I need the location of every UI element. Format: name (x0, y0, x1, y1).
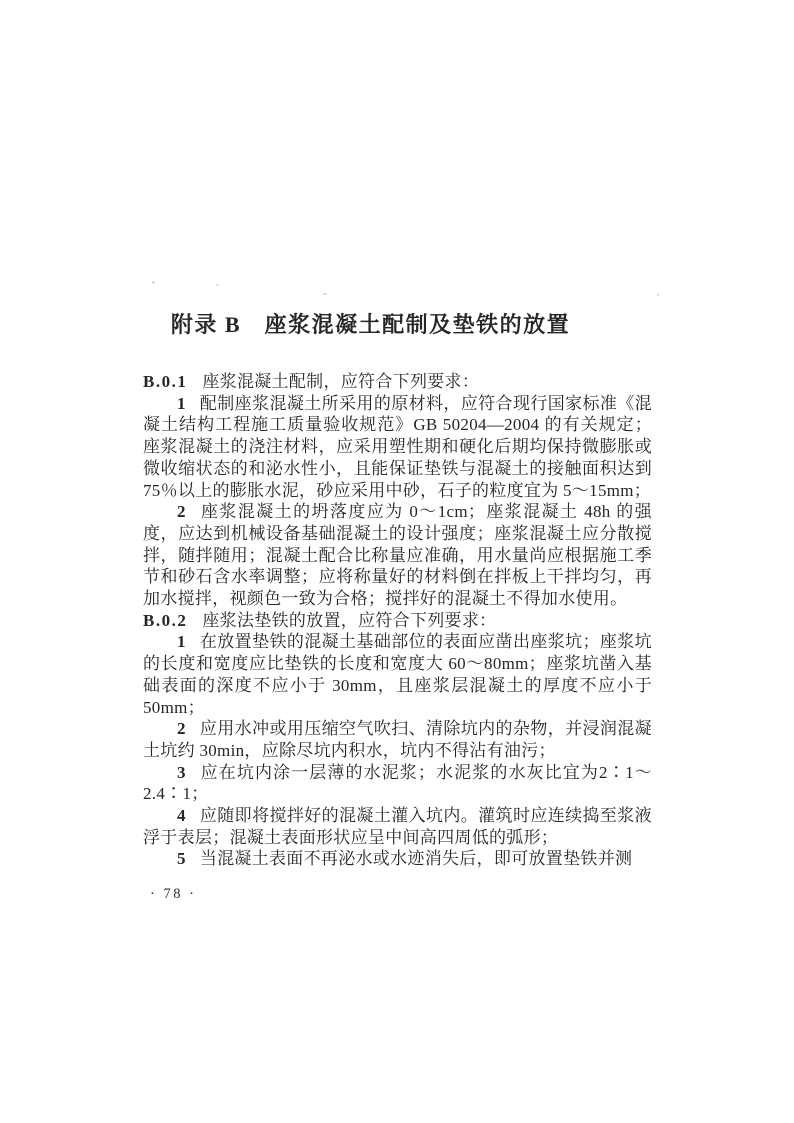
item-text: 应在坑内涂一层薄的水泥浆；水泥浆的水灰比宜为2∶1～2.4∶1； (143, 763, 652, 804)
clause-b-0-2-item-4: 4应随即将搅拌好的混凝土灌入坑内。灌筑时应连续捣至浆液浮于表层；混凝土表面形状应… (143, 805, 652, 848)
item-number: 2 (177, 502, 186, 521)
clause-b-0-1: B.0.1座浆混凝土配制，应符合下列要求： (143, 371, 652, 393)
clause-b-0-2-label: B.0.2 (143, 611, 187, 630)
item-number: 2 (177, 719, 186, 738)
scan-speck (152, 281, 155, 284)
clause-b-0-2-item-2: 2应用水冲或用压缩空气吹扫、清除坑内的杂物，并浸润混凝土坑约 30min，应除尽… (143, 718, 652, 761)
scan-speck (657, 293, 659, 296)
page-number: · 78 · (150, 886, 196, 903)
clause-b-0-2-item-3: 3应在坑内涂一层薄的水泥浆；水泥浆的水灰比宜为2∶1～2.4∶1； (143, 762, 652, 805)
item-number: 4 (177, 806, 186, 825)
clause-b-0-2-heading: 座浆法垫铁的放置，应符合下列要求： (202, 611, 496, 630)
item-number: 1 (177, 632, 186, 651)
item-number: 1 (177, 394, 186, 413)
item-text: 在放置垫铁的混凝土基础部位的表面应凿出座浆坑；座浆坑的长度和宽度应比垫铁的长度和… (143, 632, 652, 716)
clause-b-0-1-item-2: 2座浆混凝土的坍落度应为 0～1cm；座浆混凝土 48h 的强度，应达到机械设备… (143, 501, 652, 610)
clause-b-0-1-item-1: 1配制座浆混凝土所采用的原材料，应符合现行国家标准《混凝土结构工程施工质量验收规… (143, 393, 652, 502)
item-number: 5 (177, 849, 186, 868)
clause-b-0-2-item-5: 5当混凝土表面不再泌水或水迹消失后，即可放置垫铁并测 (143, 848, 652, 870)
document-body: B.0.1座浆混凝土配制，应符合下列要求： 1配制座浆混凝土所采用的原材料，应符… (143, 371, 652, 870)
item-text: 当混凝土表面不再泌水或水迹消失后，即可放置垫铁并测 (200, 849, 633, 868)
item-text: 应用水冲或用压缩空气吹扫、清除坑内的杂物，并浸润混凝土坑约 30min，应除尽坑… (143, 719, 652, 760)
scan-speck (323, 293, 327, 295)
clause-b-0-2: B.0.2座浆法垫铁的放置，应符合下列要求： (143, 610, 652, 632)
item-number: 3 (177, 763, 186, 782)
appendix-title: 附录 B 座浆混凝土配制及垫铁的放置 (143, 308, 654, 339)
item-text: 配制座浆混凝土所采用的原材料，应符合现行国家标准《混凝土结构工程施工质量验收规范… (143, 394, 652, 500)
scanned-document-page: 附录 B 座浆混凝土配制及垫铁的放置 B.0.1座浆混凝土配制，应符合下列要求：… (0, 0, 794, 1123)
scan-speck (216, 284, 219, 286)
clause-b-0-2-item-1: 1在放置垫铁的混凝土基础部位的表面应凿出座浆坑；座浆坑的长度和宽度应比垫铁的长度… (143, 631, 652, 718)
item-text: 应随即将搅拌好的混凝土灌入坑内。灌筑时应连续捣至浆液浮于表层；混凝土表面形状应呈… (143, 806, 652, 847)
clause-b-0-1-label: B.0.1 (143, 372, 187, 391)
clause-b-0-1-heading: 座浆混凝土配制，应符合下列要求： (202, 372, 479, 391)
item-text: 座浆混凝土的坍落度应为 0～1cm；座浆混凝土 48h 的强度，应达到机械设备基… (143, 502, 652, 608)
